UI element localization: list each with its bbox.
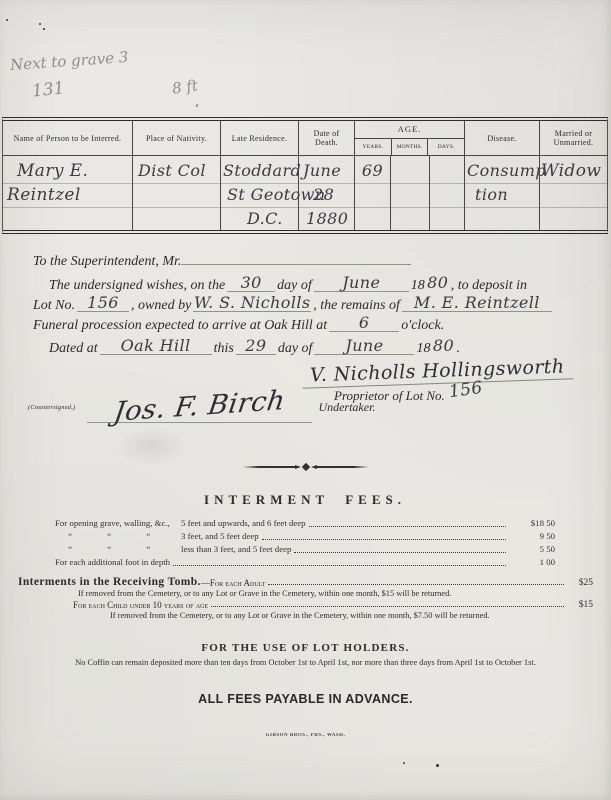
dated-place-value: Oak Hill bbox=[121, 339, 191, 352]
printer-imprint: GIBSON BROS., PRS., WASH. bbox=[0, 733, 611, 738]
fee-row: For each additional foot in depth 1 00 bbox=[55, 556, 555, 569]
fees-advance-notice: ALL FEES PAYABLE IN ADVANCE. bbox=[0, 692, 611, 706]
nativity-value: Dist Col bbox=[133, 159, 220, 183]
dated-day-value: 29 bbox=[245, 339, 266, 352]
each-child-label: For each Child under 10 years of age bbox=[73, 600, 208, 610]
request-text: Funeral procession expected to arrive at… bbox=[33, 318, 327, 333]
cell-residence: Stoddard St Geotown D.C. bbox=[221, 156, 299, 230]
death-year: 1880 bbox=[299, 207, 354, 231]
header-age-label: AGE. bbox=[355, 121, 464, 139]
request-text: 18 bbox=[411, 278, 425, 293]
cell-nativity: Dist Col bbox=[133, 156, 221, 230]
dated-day-blank: 29 bbox=[236, 339, 276, 355]
fees-title: INTERMENT FEES. bbox=[55, 492, 555, 508]
ink-speck bbox=[43, 28, 45, 30]
pencil-note-location: Next to grave 3 bbox=[10, 48, 129, 74]
request-text: , owned by bbox=[131, 298, 191, 313]
divider-arrow bbox=[295, 465, 301, 469]
fee-amount: 5 50 bbox=[509, 543, 555, 556]
residence-line2: St Geotown bbox=[221, 183, 298, 207]
cell-name: Mary E. Reintzel bbox=[3, 156, 133, 230]
cell-age-years: 69 bbox=[355, 156, 391, 230]
undertaker-signature: Jos. F. Birch bbox=[87, 392, 312, 423]
interment-fees-section: INTERMENT FEES. For opening grave, walli… bbox=[55, 492, 555, 569]
pencil-note-depth: 8 ft bbox=[171, 76, 199, 97]
cell-age-months bbox=[391, 156, 430, 230]
ruled-line bbox=[3, 183, 607, 184]
table-header-row: Name of Person to be Interred. Place of … bbox=[3, 121, 607, 156]
proprietor-lot-number: 156 bbox=[448, 378, 484, 402]
receiving-tomb-title: Interments in the Receiving Tomb. bbox=[18, 576, 201, 588]
ink-speck bbox=[436, 764, 439, 767]
request-text: , the remains of bbox=[313, 298, 400, 313]
cell-married: Widow bbox=[540, 156, 607, 230]
adult-refund-note: If removed from the Cemetery, or to any … bbox=[18, 589, 593, 598]
interment-record-table: Name of Person to be Interred. Place of … bbox=[2, 117, 608, 234]
header-name: Name of Person to be Interred. bbox=[3, 121, 133, 156]
death-month: June bbox=[299, 159, 354, 183]
dated-month-blank: June bbox=[314, 339, 414, 355]
fee-prefix: For opening grave, walling, &c., bbox=[55, 517, 181, 530]
fee-amount: 1 00 bbox=[509, 556, 555, 569]
day-blank: 30 bbox=[227, 276, 275, 292]
ink-speck bbox=[403, 762, 405, 764]
dot-leaders bbox=[173, 565, 506, 566]
table-record-row: Mary E. Reintzel Dist Col Stoddard St Ge… bbox=[3, 156, 607, 230]
residence-line3: D.C. bbox=[221, 207, 298, 231]
fee-amount: $18 50 bbox=[509, 517, 555, 530]
lot-holders-note: No Coffin can remain deposited more than… bbox=[0, 658, 611, 667]
receiving-tomb-section: Interments in the Receiving Tomb. —For e… bbox=[18, 576, 593, 620]
fee-ditto-marks: “ “ “ bbox=[55, 530, 181, 543]
ink-smudge bbox=[116, 428, 188, 464]
request-text: The undersigned wishes, on the bbox=[49, 278, 225, 293]
fee-row: “ “ “ less than 3 feet, and 5 feet deep … bbox=[55, 543, 555, 556]
proprietor-signature: V. Nicholls Hollingsworth bbox=[301, 355, 572, 388]
dot-leaders bbox=[211, 606, 564, 607]
ruled-line bbox=[3, 207, 607, 208]
year-blank: 80 bbox=[427, 276, 449, 291]
superintendent-request: To the Superintendent, Mr. The undersign… bbox=[33, 250, 581, 359]
residence-line1: Stoddard bbox=[221, 159, 298, 183]
dot-leaders bbox=[309, 526, 506, 527]
time-value: 6 bbox=[359, 316, 370, 329]
ink-speck bbox=[6, 19, 8, 21]
fee-label: less than 3 feet, and 5 feet deep bbox=[181, 543, 291, 556]
dated-year-blank: 80 bbox=[432, 339, 454, 354]
child-fee-amount: $15 bbox=[567, 600, 593, 610]
dated-place-blank: Oak Hill bbox=[100, 339, 212, 355]
countersigned-label: (Countersigned,) bbox=[28, 404, 75, 423]
adult-fee-amount: $25 bbox=[567, 578, 593, 588]
fee-row: “ “ “ 3 feet, and 5 feet deep 9 50 bbox=[55, 530, 555, 543]
lot-holders-section: FOR THE USE OF LOT HOLDERS. No Coffin ca… bbox=[0, 642, 611, 667]
fee-label: 5 feet and upwards, and 6 feet deep bbox=[181, 517, 306, 530]
document-page: Next to grave 3 131 8 ft Name of Person … bbox=[0, 0, 611, 800]
divider-line bbox=[317, 466, 369, 468]
request-text: , to deposit in bbox=[451, 278, 527, 293]
header-nativity: Place of Nativity. bbox=[133, 121, 221, 156]
death-day: 28 bbox=[299, 183, 354, 207]
request-text: o'clock. bbox=[401, 318, 444, 333]
remains-blank: M. E. Reintzell bbox=[402, 296, 552, 312]
header-married: Married or Unmarried. bbox=[540, 121, 607, 156]
disease-line1: Consump bbox=[465, 159, 539, 183]
time-blank: 6 bbox=[329, 316, 399, 332]
header-age-months: MONTHS. bbox=[392, 139, 429, 155]
name-line1: Mary E. bbox=[3, 159, 132, 183]
superintendent-name-blank bbox=[181, 250, 411, 265]
lot-number-blank: 156 bbox=[77, 296, 129, 312]
lot-holders-title: FOR THE USE OF LOT HOLDERS. bbox=[0, 642, 611, 654]
request-text: this bbox=[214, 341, 234, 356]
disease-line2: tion bbox=[465, 183, 539, 207]
child-refund-note: If removed from the Cemetery, or to any … bbox=[18, 611, 593, 620]
undertaker-label: Undertaker. bbox=[312, 400, 375, 423]
request-text: 18 bbox=[416, 341, 430, 356]
header-age-subcolumns: YEARS. MONTHS. DAYS. bbox=[355, 139, 464, 155]
month-value: June bbox=[342, 276, 380, 289]
request-text: day of bbox=[278, 341, 313, 356]
dated-month-value: June bbox=[345, 339, 383, 352]
request-text: Lot No. bbox=[33, 298, 75, 313]
married-value: Widow bbox=[540, 159, 607, 183]
fee-amount: 9 50 bbox=[509, 530, 555, 543]
owner-value: W. S. Nicholls bbox=[194, 296, 310, 309]
pencil-mark bbox=[196, 104, 198, 107]
header-age: AGE. YEARS. MONTHS. DAYS. bbox=[355, 121, 465, 156]
header-age-days: DAYS. bbox=[428, 139, 464, 155]
lot-number-value: 156 bbox=[87, 296, 119, 309]
dated-year-value: 80 bbox=[433, 339, 454, 352]
header-date-of-death: Date of Death. bbox=[299, 121, 355, 156]
fee-label: For each additional foot in depth bbox=[55, 556, 170, 569]
month-blank: June bbox=[314, 276, 409, 292]
ink-speck bbox=[39, 23, 41, 25]
year-value: 80 bbox=[427, 276, 448, 289]
header-disease: Disease. bbox=[465, 121, 540, 156]
header-residence: Late Residence. bbox=[221, 121, 299, 156]
dot-leaders bbox=[262, 539, 506, 540]
day-value: 30 bbox=[241, 276, 262, 289]
owner-blank: W. S. Nicholls bbox=[193, 296, 311, 312]
remains-value: M. E. Reintzell bbox=[414, 296, 540, 309]
countersign-block: (Countersigned,) Jos. F. Birch Undertake… bbox=[28, 392, 375, 423]
each-adult-label: —For each Adult bbox=[201, 578, 266, 588]
divider-line bbox=[243, 466, 295, 468]
cell-date-of-death: June 28 1880 bbox=[299, 156, 355, 230]
divider-diamond bbox=[301, 463, 309, 471]
undertaker-signature-text: Jos. F. Birch bbox=[112, 386, 287, 428]
cell-disease: Consump tion bbox=[465, 156, 540, 230]
pencil-note-number: 131 bbox=[31, 78, 65, 101]
header-age-years: YEARS. bbox=[355, 139, 392, 155]
request-text: Dated at bbox=[49, 341, 98, 356]
dot-leaders bbox=[268, 584, 564, 585]
to-superintendent-label: To the Superintendent, Mr. bbox=[33, 254, 181, 269]
fee-ditto-marks: “ “ “ bbox=[55, 543, 181, 556]
name-line2: Reintzel bbox=[3, 183, 132, 207]
fee-row: For opening grave, walling, &c., 5 feet … bbox=[55, 517, 555, 530]
dot-leaders bbox=[294, 552, 506, 553]
request-text: . bbox=[456, 341, 460, 356]
ornamental-divider bbox=[243, 464, 369, 470]
age-years-value: 69 bbox=[355, 159, 390, 183]
request-text: day of bbox=[277, 278, 312, 293]
cell-age-days bbox=[430, 156, 465, 230]
fee-label: 3 feet, and 5 feet deep bbox=[181, 530, 259, 543]
proprietor-signature-text: V. Nicholls Hollingsworth bbox=[309, 356, 564, 387]
